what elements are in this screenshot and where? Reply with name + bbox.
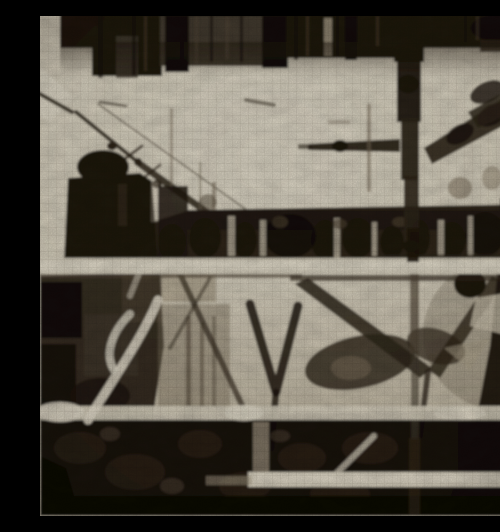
- film-frame: Grainy sepia archival film frame: [40, 16, 500, 516]
- film-grain-coarse: [40, 16, 500, 516]
- film-frame-canvas: Grainy sepia archival film frame: [40, 16, 500, 516]
